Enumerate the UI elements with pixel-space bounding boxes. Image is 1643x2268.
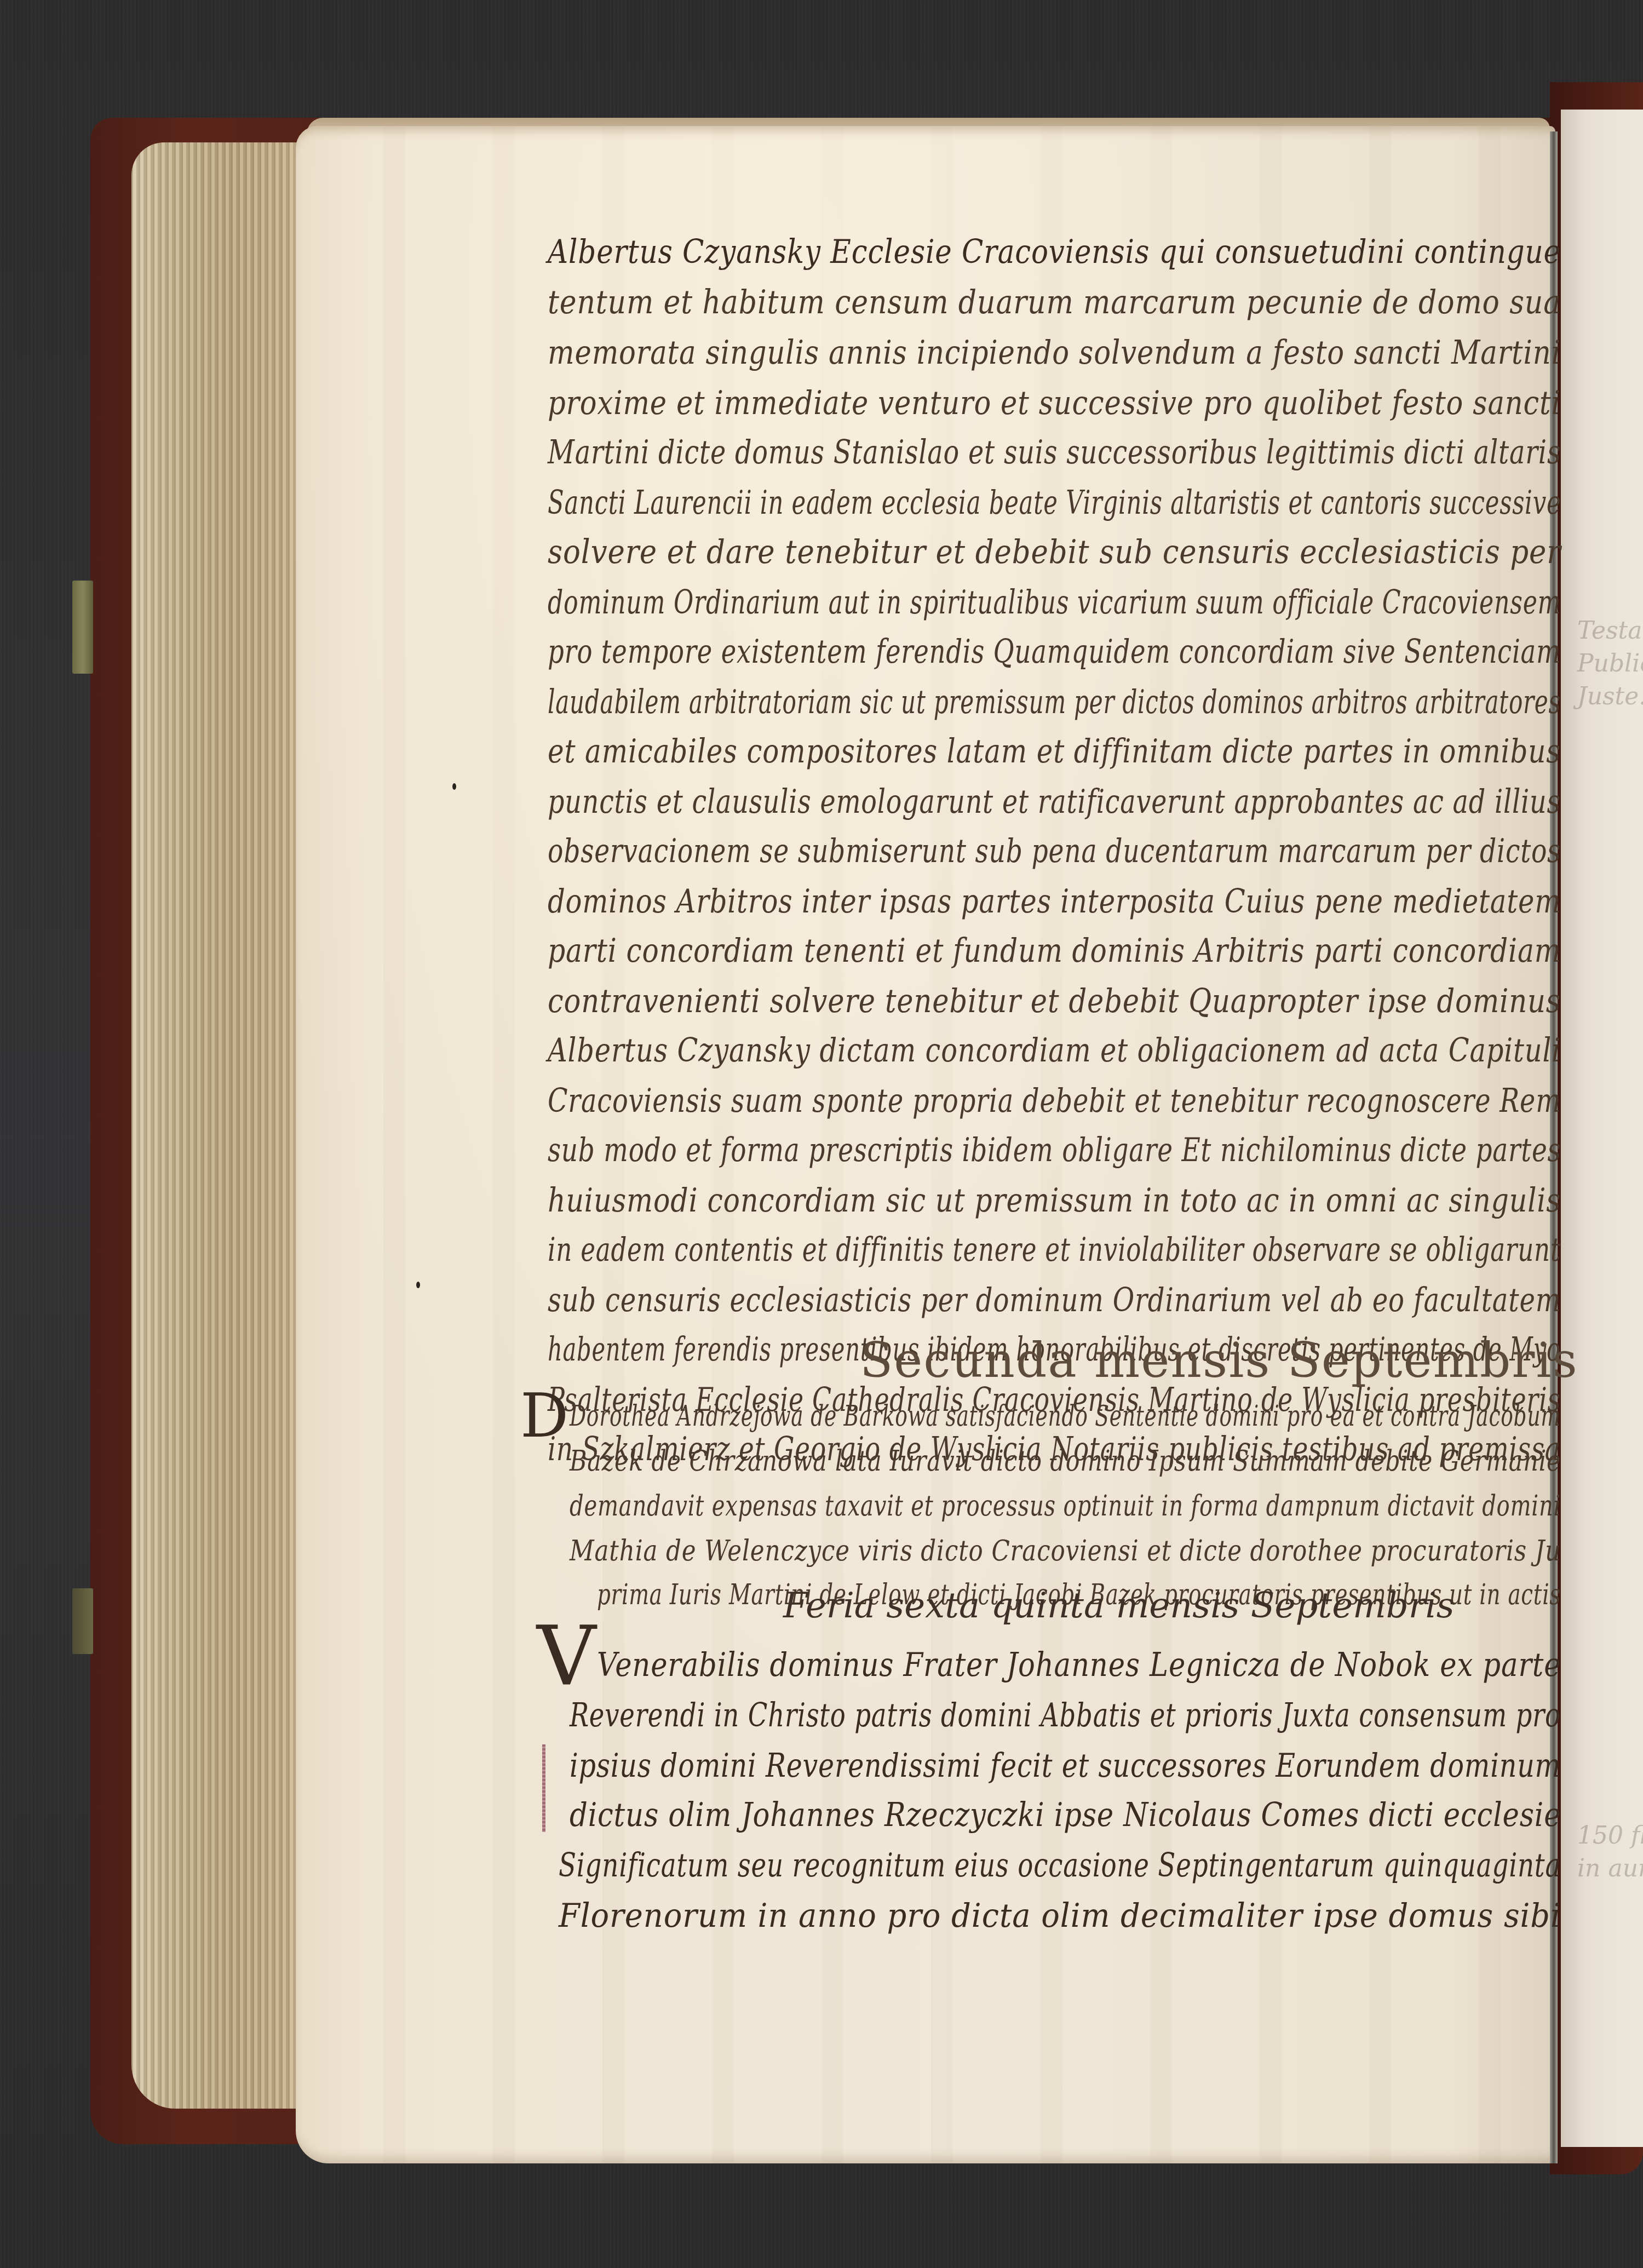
text-line: sub censuris ecclesiasticis per dominum … [548, 1284, 1561, 1317]
text-line: Reverendi in Christo patris domini Abbat… [570, 1699, 1561, 1732]
text-line: solvere et dare tenebitur et debebit sub… [548, 536, 1561, 569]
ink-dot [416, 1282, 420, 1288]
text-line: dominos Arbitros inter ipsas partes inte… [548, 885, 1561, 918]
decorated-initial: D [520, 1386, 568, 1446]
text-line: punctis et clausulis emologarunt et rati… [548, 785, 1561, 818]
facing-page-ghost-text: in auro [1577, 1857, 1643, 1881]
entry-heading-date: Feria sexta quinta mensis Septembris [783, 1588, 1455, 1623]
text-line: Florenorum in anno pro dicta olim decima… [559, 1899, 1561, 1932]
text-line: et amicabiles compositores latam et diff… [548, 735, 1561, 768]
text-line: ipsius domini Reverendissimi fecit et su… [570, 1749, 1561, 1782]
ink-dot [452, 783, 456, 790]
text-line: sub modo et forma prescriptis ibidem obl… [548, 1134, 1561, 1167]
text-line: contravenienti solvere tenebitur et debe… [548, 985, 1561, 1018]
facing-page-ghost-text: Testamentum [1577, 619, 1643, 643]
entry-heading-date: Secunda mensis Septembris [860, 1336, 1578, 1385]
text-line: Martini dicte domus Stanislao et suis su… [548, 436, 1561, 469]
text-line: demandavit expensas taxavit et processus… [570, 1492, 1561, 1520]
text-line: Mathia de Welenczyce viris dicto Cracovi… [570, 1537, 1561, 1565]
red-margin-mark [542, 1744, 545, 1832]
facing-page-ghost-text: Publici [1577, 652, 1643, 676]
text-line: Dorothea Andrzejowa de Barkowa satisfaci… [570, 1402, 1561, 1431]
text-line: Cracoviensis suam sponte propria debebit… [548, 1084, 1561, 1117]
text-line: Significatum seu recognitum eius occasio… [559, 1849, 1561, 1882]
text-line: Albertus Czyansky Ecclesie Cracoviensis … [548, 236, 1561, 268]
text-line: in eadem contentis et diffinitis tenere … [548, 1233, 1561, 1266]
text-line: proxime et immediate venturo et successi… [548, 387, 1561, 420]
text-line: Venerabilis dominus Frater Johannes Legn… [597, 1649, 1561, 1681]
text-line: memorata singulis annis incipiendo solve… [548, 336, 1561, 369]
text-line: dominum Ordinarium aut in spiritualibus … [548, 586, 1561, 619]
text-line: laudabilem arbitratoriam sic ut premissu… [548, 686, 1561, 719]
text-line: huiusmodi concordiam sic ut premissum in… [548, 1184, 1561, 1217]
text-line: dictus olim Johannes Rzeczyczki ipse Nic… [570, 1799, 1561, 1831]
clasp-tab-lower-icon [72, 1588, 93, 1654]
text-line: Bazek de Chrzanowa lata Iuravit dicto do… [570, 1447, 1561, 1475]
text-line: Sancti Laurencii in eadem ecclesia beate… [548, 486, 1561, 519]
text-line: tentum et habitum censum duarum marcarum… [548, 286, 1561, 319]
text-line: Albertus Czyansky dictam concordiam et o… [548, 1034, 1561, 1067]
clasp-tab-icon [72, 581, 93, 674]
page-fore-edge [131, 142, 312, 2109]
facing-page-ghost-text: Juste... [1577, 685, 1643, 709]
facing-page-ghost-text: 150 florenos [1577, 1824, 1643, 1848]
text-line: parti concordiam tenenti et fundum domin… [548, 934, 1561, 967]
decorated-initial: V [537, 1616, 596, 1698]
text-line: pro tempore existentem ferendis Quamquid… [548, 635, 1561, 668]
text-line: observacionem se submiserunt sub pena du… [548, 835, 1561, 868]
